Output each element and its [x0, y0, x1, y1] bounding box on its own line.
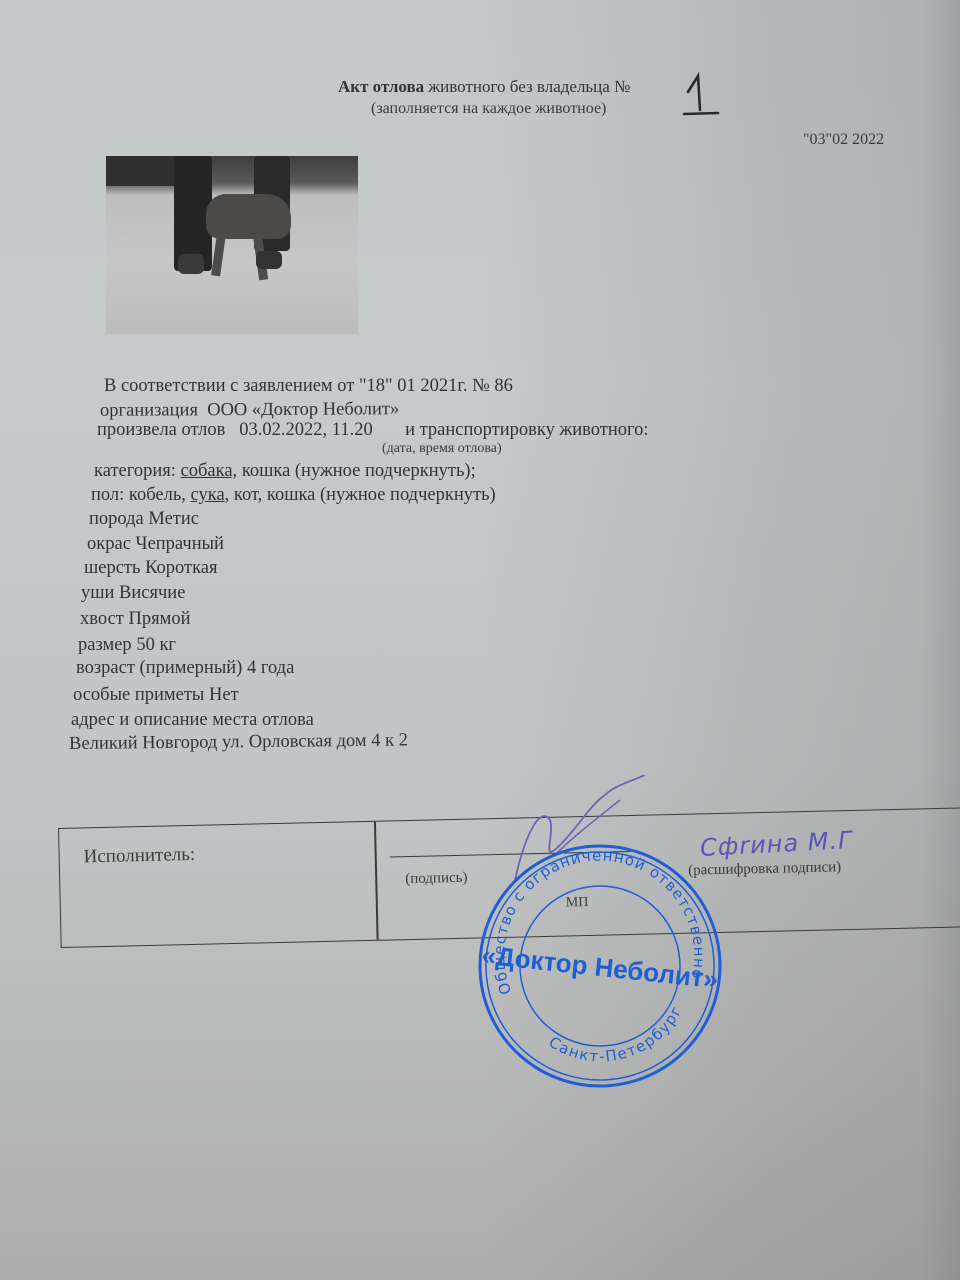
capture-hint: (дата, время отлова)	[382, 441, 502, 457]
field-age: возраст (примерный) 4 года	[76, 658, 294, 679]
field-breed: порода Метис	[89, 509, 199, 530]
dog-figure	[206, 194, 291, 239]
title-bold: Акт отлова	[338, 77, 424, 96]
address-label: адрес и описание места отлова	[71, 710, 314, 731]
handwritten-act-number	[680, 70, 720, 120]
executor-label: Исполнитель:	[83, 844, 195, 869]
stamp-center-text: «Доктор Неболит»	[480, 940, 719, 995]
category-selected: собака,	[181, 461, 238, 481]
organization-value: ООО «Доктор Неболит»	[207, 399, 399, 420]
sex-selected: сука	[191, 485, 225, 505]
animal-photo	[106, 156, 358, 334]
field-tail: хвост Прямой	[80, 609, 190, 630]
field-marks: особые приметы Нет	[73, 685, 239, 706]
sex-line: пол: кобель, сука, кот, кошка (нужное по…	[91, 485, 496, 506]
document-title: Акт отлова животного без владельца №	[338, 77, 630, 97]
capture-line: произвела отлов 03.02.2022, 11.20 и тран…	[97, 420, 649, 441]
category-line: категория: собака, кошка (нужное подчерк…	[94, 461, 476, 482]
statement-line: В соответствии с заявлением от "18" 01 2…	[104, 376, 513, 397]
capture-datetime: 03.02.2022, 11.20	[239, 420, 372, 440]
field-ears: уши Висячие	[81, 583, 185, 604]
company-stamp: Общество с ограниченной ответственностью…	[470, 836, 730, 1096]
document-date: "03"02 2022	[803, 131, 884, 149]
signature-hint: (подпись)	[405, 870, 468, 888]
address-value: Великий Новгород ул. Орловская дом 4 к 2	[69, 730, 408, 755]
field-size: размер 50 кг	[78, 635, 176, 656]
field-color: окрас Чепрачный	[87, 534, 224, 555]
title-rest: животного без владельца №	[428, 77, 630, 96]
field-coat: шерсть Короткая	[84, 558, 218, 579]
organization-line: организация ООО «Доктор Неболит»	[100, 399, 399, 422]
document-subtitle: (заполняется на каждое животное)	[371, 100, 606, 118]
svg-text:Санкт-Петербург: Санкт-Петербург	[543, 1001, 689, 1069]
